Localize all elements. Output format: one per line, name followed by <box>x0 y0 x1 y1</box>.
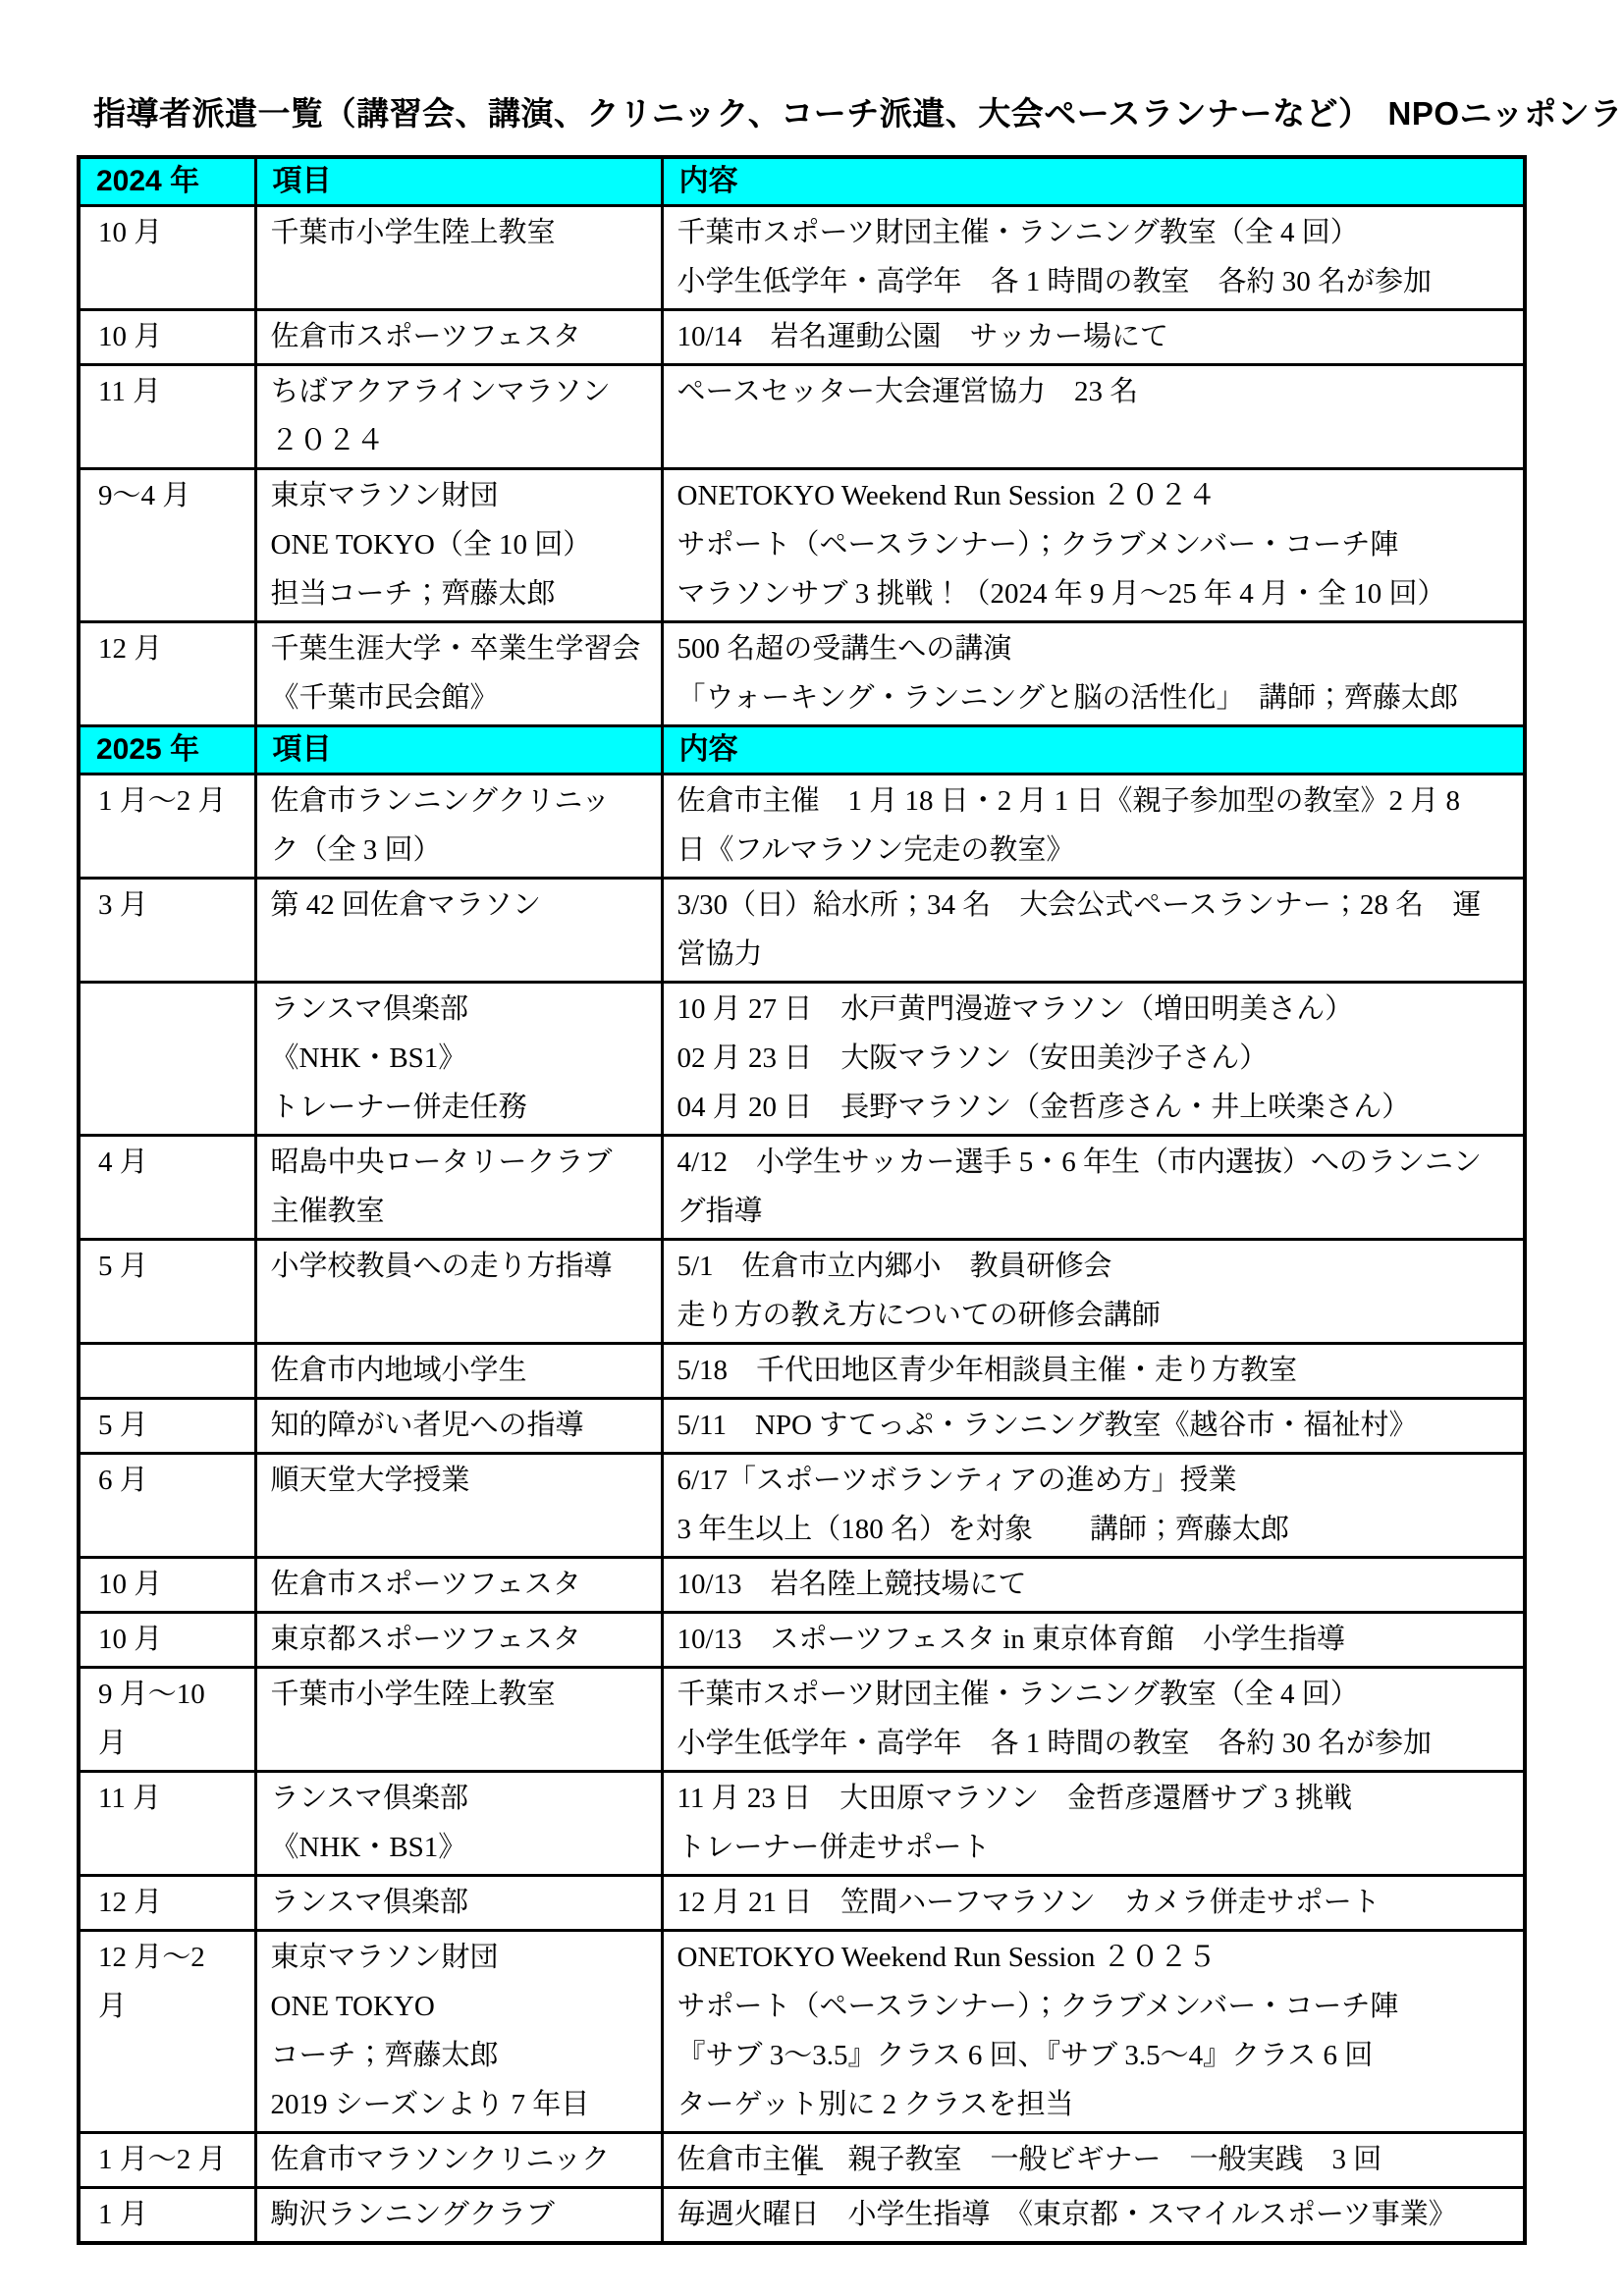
year-header-cell: 2025 年 <box>79 726 255 774</box>
content-cell: 5/11 NPO すてっぷ・ランニング教室《越谷市・福祉村》 <box>662 1399 1525 1454</box>
month-cell: 9 月～10 月 <box>79 1668 255 1772</box>
table-row: 4 月 昭島中央ロータリークラブ 主催教室 4/12 小学生サッカー選手 5・6… <box>79 1136 1525 1240</box>
content-cell: 6/17「スポーツボランティアの進め方」授業 3 年生以上（180 名）を対象 … <box>662 1454 1525 1558</box>
content-header-cell: 内容 <box>662 157 1525 206</box>
content-cell: 千葉市スポーツ財団主催・ランニング教室（全 4 回） 小学生低学年・高学年 各 … <box>662 1668 1525 1772</box>
item-cell: ランスマ倶楽部 <box>255 1876 662 1931</box>
month-cell: 1 月 <box>79 2188 255 2244</box>
content-cell: 500 名超の受講生への講演 「ウォーキング・ランニングと脳の活性化」 講師；齊… <box>662 622 1525 726</box>
page-title: 指導者派遣一覧（講習会、講演、クリニック、コーチ派遣、大会ペースランナーなど） … <box>93 94 1624 133</box>
month-cell: 11 月 <box>79 1772 255 1876</box>
table-row: 10 月 佐倉市スポーツフェスタ 10/14 岩名運動公園 サッカー場にて <box>79 310 1525 365</box>
item-header-cell: 項目 <box>255 157 662 206</box>
table-row: 1 月～2 月 佐倉市ランニングクリニッ ク（全 3 回） 佐倉市主催 1 月 … <box>79 774 1525 879</box>
item-cell: 千葉市小学生陸上教室 <box>255 1668 662 1772</box>
table-row: 10 月 千葉市小学生陸上教室 千葉市スポーツ財団主催・ランニング教室（全 4 … <box>79 206 1525 310</box>
table-row: 12 月～2 月 東京マラソン財団 ONE TOKYO コーチ；齊藤太郎 201… <box>79 1931 1525 2133</box>
item-cell: 東京マラソン財団 ONE TOKYO コーチ；齊藤太郎 2019 シーズンより … <box>255 1931 662 2133</box>
month-cell: 6 月 <box>79 1454 255 1558</box>
month-cell: 5 月 <box>79 1399 255 1454</box>
item-cell: 佐倉市スポーツフェスタ <box>255 1558 662 1613</box>
content-cell: 5/1 佐倉市立内郷小 教員研修会 走り方の教え方についての研修会講師 <box>662 1240 1525 1344</box>
content-cell: 10 月 27 日 水戸黄門漫遊マラソン（増田明美さん） 02 月 23 日 大… <box>662 983 1525 1136</box>
month-cell <box>79 1344 255 1399</box>
month-cell: 4 月 <box>79 1136 255 1240</box>
table-row: 6 月 順天堂大学授業 6/17「スポーツボランティアの進め方」授業 3 年生以… <box>79 1454 1525 1558</box>
month-cell: 9～4 月 <box>79 469 255 622</box>
month-cell <box>79 983 255 1136</box>
content-cell: 3/30（日）給水所；34 名 大会公式ペースランナー；28 名 運 営協力 <box>662 879 1525 983</box>
content-cell: 10/13 スポーツフェスタ in 東京体育館 小学生指導 <box>662 1613 1525 1668</box>
page-number: - 1 - <box>77 2152 1527 2181</box>
content-header-cell: 内容 <box>662 726 1525 774</box>
table-row: 12 月 千葉生涯大学・卒業生学習会 《千葉市民会館》 500 名超の受講生への… <box>79 622 1525 726</box>
item-cell: 第 42 回佐倉マラソン <box>255 879 662 983</box>
dispatch-table: 2024 年 項目 内容 10 月 千葉市小学生陸上教室 千葉市スポーツ財団主催… <box>77 155 1527 2245</box>
item-cell: 知的障がい者児への指導 <box>255 1399 662 1454</box>
content-cell: ONETOKYO Weekend Run Session ２０２５ サポート（ペ… <box>662 1931 1525 2133</box>
item-cell: 小学校教員への走り方指導 <box>255 1240 662 1344</box>
item-cell: ランスマ倶楽部 《NHK・BS1》 トレーナー併走任務 <box>255 983 662 1136</box>
month-cell: 12 月 <box>79 1876 255 1931</box>
section-header-row-2025: 2025 年 項目 内容 <box>79 726 1525 774</box>
item-cell: 佐倉市スポーツフェスタ <box>255 310 662 365</box>
month-cell: 10 月 <box>79 310 255 365</box>
item-cell: 千葉生涯大学・卒業生学習会 《千葉市民会館》 <box>255 622 662 726</box>
item-cell: 佐倉市ランニングクリニッ ク（全 3 回） <box>255 774 662 879</box>
month-cell: 5 月 <box>79 1240 255 1344</box>
item-cell: 駒沢ランニングクラブ <box>255 2188 662 2244</box>
table-row: 佐倉市内地域小学生 5/18 千代田地区青少年相談員主催・走り方教室 <box>79 1344 1525 1399</box>
content-cell: ONETOKYO Weekend Run Session ２０２４ サポート（ペ… <box>662 469 1525 622</box>
table-row: 5 月 小学校教員への走り方指導 5/1 佐倉市立内郷小 教員研修会 走り方の教… <box>79 1240 1525 1344</box>
month-cell: 12 月～2 月 <box>79 1931 255 2133</box>
content-cell: 4/12 小学生サッカー選手 5・6 年生（市内選抜）へのランニン グ指導 <box>662 1136 1525 1240</box>
content-cell: 11 月 23 日 大田原マラソン 金哲彦還暦サブ 3 挑戦 トレーナー併走サポ… <box>662 1772 1525 1876</box>
month-cell: 1 月～2 月 <box>79 774 255 879</box>
table-row: ランスマ倶楽部 《NHK・BS1》 トレーナー併走任務 10 月 27 日 水戸… <box>79 983 1525 1136</box>
table-row: 5 月 知的障がい者児への指導 5/11 NPO すてっぷ・ランニング教室《越谷… <box>79 1399 1525 1454</box>
table-row: 9 月～10 月 千葉市小学生陸上教室 千葉市スポーツ財団主催・ランニング教室（… <box>79 1668 1525 1772</box>
table-row: 12 月 ランスマ倶楽部 12 月 21 日 笠間ハーフマラソン カメラ併走サポ… <box>79 1876 1525 1931</box>
item-header-cell: 項目 <box>255 726 662 774</box>
item-cell: ちばアクアラインマラソン ２０２４ <box>255 365 662 469</box>
section-header-row-2024: 2024 年 項目 内容 <box>79 157 1525 206</box>
month-cell: 10 月 <box>79 1613 255 1668</box>
table-row: 10 月 東京都スポーツフェスタ 10/13 スポーツフェスタ in 東京体育館… <box>79 1613 1525 1668</box>
month-cell: 3 月 <box>79 879 255 983</box>
table-row: 1 月 駒沢ランニングクラブ 毎週火曜日 小学生指導 《東京都・スマイルスポーツ… <box>79 2188 1525 2244</box>
item-cell: 昭島中央ロータリークラブ 主催教室 <box>255 1136 662 1240</box>
item-cell: 佐倉市内地域小学生 <box>255 1344 662 1399</box>
content-cell: ペースセッター大会運営協力 23 名 <box>662 365 1525 469</box>
content-cell: 12 月 21 日 笠間ハーフマラソン カメラ併走サポート <box>662 1876 1525 1931</box>
content-cell: 千葉市スポーツ財団主催・ランニング教室（全 4 回） 小学生低学年・高学年 各 … <box>662 206 1525 310</box>
content-cell: 佐倉市主催 1 月 18 日・2 月 1 日《親子参加型の教室》2 月 8 日《… <box>662 774 1525 879</box>
item-cell: 順天堂大学授業 <box>255 1454 662 1558</box>
month-cell: 10 月 <box>79 1558 255 1613</box>
dispatch-table-container: 2024 年 項目 内容 10 月 千葉市小学生陸上教室 千葉市スポーツ財団主催… <box>77 155 1527 2245</box>
item-cell: 東京マラソン財団 ONE TOKYO（全 10 回） 担当コーチ；齊藤太郎 <box>255 469 662 622</box>
table-row: 10 月 佐倉市スポーツフェスタ 10/13 岩名陸上競技場にて <box>79 1558 1525 1613</box>
content-cell: 毎週火曜日 小学生指導 《東京都・スマイルスポーツ事業》 <box>662 2188 1525 2244</box>
month-cell: 12 月 <box>79 622 255 726</box>
content-cell: 10/13 岩名陸上競技場にて <box>662 1558 1525 1613</box>
table-row: 11 月 ちばアクアラインマラソン ２０２４ ペースセッター大会運営協力 23 … <box>79 365 1525 469</box>
item-cell: 千葉市小学生陸上教室 <box>255 206 662 310</box>
content-cell: 5/18 千代田地区青少年相談員主催・走り方教室 <box>662 1344 1525 1399</box>
month-cell: 11 月 <box>79 365 255 469</box>
item-cell: ランスマ倶楽部 《NHK・BS1》 <box>255 1772 662 1876</box>
table-row: 11 月 ランスマ倶楽部 《NHK・BS1》 11 月 23 日 大田原マラソン… <box>79 1772 1525 1876</box>
item-cell: 東京都スポーツフェスタ <box>255 1613 662 1668</box>
table-row: 9～4 月 東京マラソン財団 ONE TOKYO（全 10 回） 担当コーチ；齊… <box>79 469 1525 622</box>
month-cell: 10 月 <box>79 206 255 310</box>
content-cell: 10/14 岩名運動公園 サッカー場にて <box>662 310 1525 365</box>
table-row: 3 月 第 42 回佐倉マラソン 3/30（日）給水所；34 名 大会公式ペース… <box>79 879 1525 983</box>
year-header-cell: 2024 年 <box>79 157 255 206</box>
